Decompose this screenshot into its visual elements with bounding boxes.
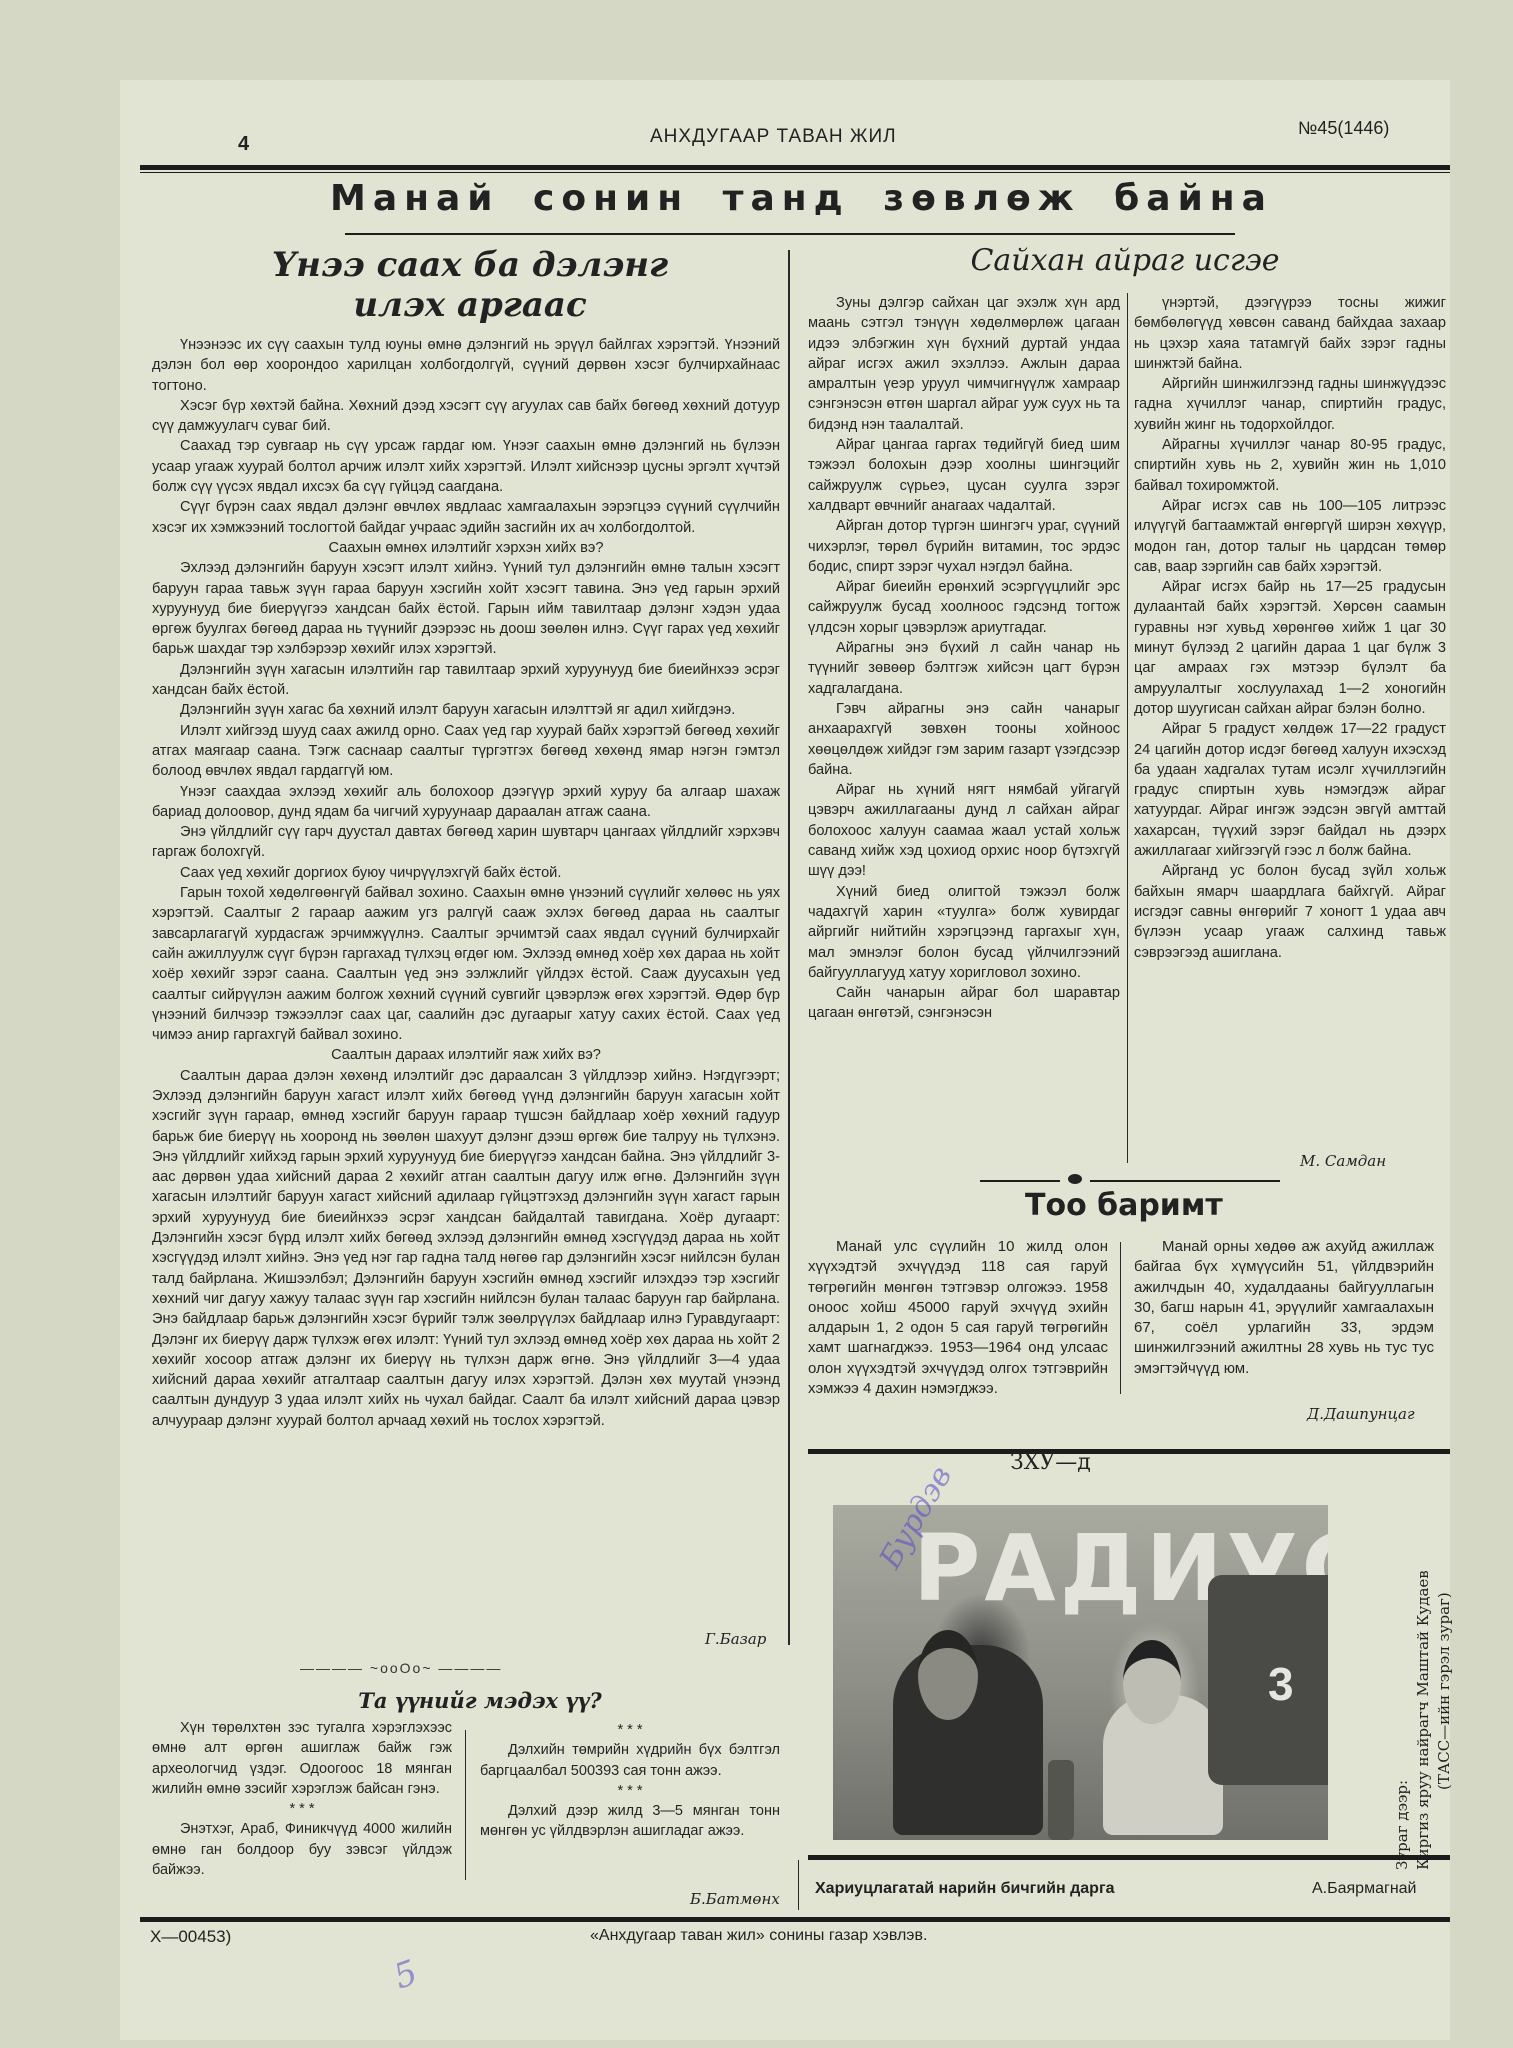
paragraph: Үнээг саахдаа эхлээд хөхийг аль болохоор… [152,782,780,823]
facts-column-2: Манай орны хөдөө аж ахуйд ажиллаж байгаа… [1134,1237,1434,1379]
did-you-know-author: Б.Батмөнх [690,1890,780,1908]
paragraph: Эхлээд дэлэнгийн баруун хэсэгт илэлт хий… [152,558,780,659]
did-you-know-divider [465,1730,466,1880]
caption-line-2: Киргиз яруу найрагч Маштай Кудаев [1413,1570,1434,1870]
fact-iron-ore: Дэлхийн төмрийн хүдрийн бүх бэлтгэл барг… [480,1740,780,1781]
fact-steel: Энэтхэг, Араб, Финикчүүд 4000 жилийн өмн… [152,1819,452,1880]
photo-man-head [918,1630,978,1720]
fact-gold: Хүн төрөлхтөн зэс тугалга хэрэглэхээс өм… [152,1718,452,1799]
facts-title: Тоо баримт [1025,1188,1223,1223]
paragraph: Айраг нь хүний нягт нямбай уйгагүй цэвэр… [808,780,1120,881]
did-you-know-title: Та үүнийг мэдэх үү? [170,1688,790,1713]
paragraph: Сайн чанарын айраг бол шаравтар цагаан ө… [808,983,1120,1024]
title-line-2: илэх аргаас [170,285,770,325]
did-you-know-column-1: Хүн төрөлхтөн зэс тугалга хэрэглэхээс өм… [152,1718,452,1880]
paragraph: Айраг исгэх байр нь 17—25 градусын дулаа… [1134,577,1446,719]
flourish-right [1090,1180,1280,1182]
article-airag-column-1: Зуны дэлгэр сайхан цаг эхэлж хүн ард маа… [808,293,1120,1173]
paragraph: Айрагны энэ бүхий л сайн чанар нь түүний… [808,638,1120,699]
article-airag-column-2: үнэртэй, дээгүүрээ тосны жижиг бөмбөлөгү… [1134,293,1446,1163]
photo-bottle [1048,1760,1074,1840]
article-milking-body: Үнээнээс их сүү саахын тулд юуны өмнө дэ… [152,335,780,1665]
photo-caption: Зураг дээр: Киргиз яруу найрагч Маштай К… [1392,1570,1455,1870]
paragraph: үнэртэй, дээгүүрээ тосны жижиг бөмбөлөгү… [1134,293,1446,374]
fact-separator: * * * [480,1781,780,1801]
paragraph: Илэлт хийгээд шууд саах ажилд орно. Саах… [152,721,780,782]
paragraph: Саалтын дараа дэлэн хөхөнд илэлтийг дэс … [152,1066,780,1431]
paragraph: Айрган дотор түргэн шингэгч ураг, сүүний… [808,516,1120,577]
facts-text-2: Манай орны хөдөө аж ахуйд ажиллаж байгаа… [1134,1237,1434,1379]
header-rule-thin [140,172,1450,173]
paragraph: Саах үед хөхийг доргиох буюу чичрүүлэхгү… [152,863,780,883]
paragraph: Хэсэг бүр хөхтэй байна. Хөхний дээд хэсэ… [152,396,780,437]
paragraph: Сүүг бүрэн саах явдал дэлэнг өвчлөх явдл… [152,497,780,538]
article-airag-title: Сайхан айраг исгэе [800,243,1450,278]
did-you-know-flourish: ———— ~ooOo~ ———— [300,1660,502,1676]
paragraph: Дэлэнгийн зүүн хагасын илэлтийн гар тави… [152,660,780,701]
paragraph: Айрагны хүчиллэг чанар 80-95 градус, спи… [1134,435,1446,496]
photo-section-title: ЗХУ—д [1010,1450,1091,1475]
banner-underline [345,233,1235,235]
header-rule [140,165,1450,170]
paragraph: Саалтын дараах илэлтийг яаж хийх вэ? [152,1045,780,1065]
banner-heading: Манай сонин танд зөвлөж байна [330,178,1273,219]
editor-role: Хариуцлагатай нарийн бичгийн дарга [815,1880,1115,1898]
flourish-left [980,1180,1060,1182]
paragraph: Айраг 5 градуст хөлдөж 17—22 градуст 24 … [1134,719,1446,861]
flourish-dot [1068,1174,1082,1184]
printer-line: «Анхдугаар таван жил» сонины газар хэвлэ… [590,1927,927,1945]
facts-divider [1120,1242,1121,1394]
fact-mercury: Дэлхий дээр жилд 3—5 мянган тонн мөнгөн … [480,1801,780,1842]
issue-number: №45(1446) [1298,118,1389,139]
facts-author: Д.Дашпунцаг [1307,1405,1415,1423]
photo-bottom-rule [808,1855,1450,1860]
paragraph: Үнээнээс их сүү саахын тулд юуны өмнө дэ… [152,335,780,396]
footer-rule [140,1917,1450,1922]
paragraph: Айраг цангаа гаргах төдийгүй биед шим тэ… [808,435,1120,516]
paragraph: Саахын өмнөх илэлтийг хэрхэн хийх вэ? [152,538,780,558]
tv-number: 3 [1268,1657,1294,1711]
paragraph: Айраг исгэх сав нь 100—105 литрээс илүүг… [1134,496,1446,577]
caption-line-1: Зураг дээр: [1392,1570,1413,1870]
paragraph: Дэлэнгийн зүүн хагас ба хөхний илэлт бар… [152,700,780,720]
photo-woman-head [1123,1640,1181,1724]
facts-text-1: Манай улс сүүлийн 10 жилд олон хүүхэдтэй… [808,1237,1108,1399]
photo-section-rule [808,1449,1450,1454]
paragraph: Саахад тэр сувгаар нь сүү урсаж гардаг ю… [152,436,780,497]
article-milking-title: Үнээ саах ба дэлэнг илэх аргаас [170,245,770,325]
fact-separator: * * * [152,1799,452,1819]
paragraph: Айраг биеийн ерөнхий эсэргүүцлийг эрс са… [808,577,1120,638]
airag-column-divider [1127,293,1128,1163]
page-number: 4 [238,133,249,156]
paragraph: Гарын тохой хөдөлгөөнгүй байвал зохино. … [152,883,780,1045]
fact-separator: * * * [480,1720,780,1740]
article-airag-author: М. Самдан [1300,1152,1386,1170]
footer-column-divider [798,1860,799,1910]
paragraph: Зуны дэлгэр сайхан цаг эхэлж хүн ард маа… [808,293,1120,435]
column-divider [788,250,790,1645]
did-you-know-column-2: * * * Дэлхийн төмрийн хүдрийн бүх бэлтгэ… [480,1720,780,1842]
paragraph: Айргийн шинжилгээнд гадны шинжүүдээс гад… [1134,374,1446,435]
paragraph: Энэ үйлдлийг сүү гарч дуустал давтах бөг… [152,822,780,863]
caption-line-3: (ТАСС—ийн гэрэл зураг) [1434,1570,1455,1870]
article-milking-author: Г.Базар [705,1630,766,1648]
title-line-1: Үнээ саах ба дэлэнг [170,245,770,285]
masthead: АНХДУГААР ТАВАН ЖИЛ [650,126,897,148]
paragraph: Гэвч айрагны энэ сайн чанарыг анхаарахгү… [808,699,1120,780]
paragraph: Айрганд ус болон бусад зүйл хольж байхын… [1134,861,1446,962]
facts-column-1: Манай улс сүүлийн 10 жилд олон хүүхэдтэй… [808,1237,1108,1399]
print-code: Х—00453) [150,1927,231,1947]
photo-tv-set: 3 [1208,1575,1328,1785]
paragraph: Хүний биед олигтой тэжээл болж чадахгүй … [808,882,1120,983]
editor-name: А.Баярмагнай [1312,1880,1416,1898]
